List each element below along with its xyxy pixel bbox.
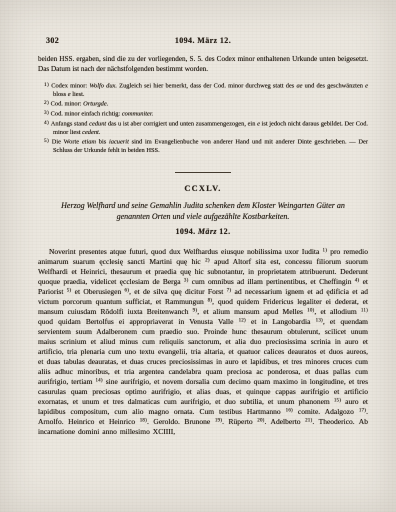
- text-segment: , et de silva quę dicitur Forst: [129, 287, 227, 296]
- footnote-ref: 12): [239, 319, 246, 324]
- text-segment: , et alium mansum apud Melles: [197, 307, 307, 316]
- scanned-book-page: 302 1094. März 12. beiden HSS. ergaben, …: [0, 0, 396, 512]
- footnote-number: 5): [44, 138, 52, 144]
- text-segment: . Rüperto: [222, 417, 257, 426]
- text-segment: Zugleich sei hier bemerkt, dass der Cod.…: [117, 83, 296, 90]
- charter-title: Herzog Welfhard und seine Gemahlin Judit…: [38, 200, 368, 222]
- footnote-ref: 18): [140, 419, 147, 424]
- text-segment: . Geroldo. Brunone: [147, 417, 215, 426]
- text-segment: das u ist aber corrigiert und unten zusa…: [106, 120, 257, 127]
- text-segment: Orturgde.: [83, 101, 108, 108]
- text-segment: quod quidam Bertolfus ei appropriaverat …: [38, 317, 239, 326]
- footnote-ref: 16): [286, 409, 293, 414]
- text-segment: et in Langobardia: [246, 317, 316, 326]
- text-segment: liest.: [71, 91, 85, 98]
- footnote: 5) Die Worte etiam bis iacuerit sind im …: [44, 137, 368, 155]
- running-title: 1094. März 12.: [38, 36, 368, 45]
- text-segment: et Oberusiegen: [71, 287, 124, 296]
- footnote-number: 4): [44, 120, 51, 126]
- text-segment: und des geschwänzten: [303, 83, 366, 90]
- text-segment: bloss: [53, 91, 68, 98]
- text-column: 302 1094. März 12. beiden HSS. ergaben, …: [38, 0, 368, 437]
- footnote-ref: 14): [95, 379, 102, 384]
- text-segment: cum omnibus ad illam pertinentibus, et C…: [188, 277, 354, 286]
- running-head: 302 1094. März 12.: [38, 36, 368, 46]
- text-segment: Cod. minor einfach richtig:: [51, 111, 122, 118]
- footnote-number: 3): [44, 110, 51, 116]
- footnote: 4) Anfangs stand cedunt das u ist aber c…: [44, 119, 368, 137]
- text-segment: , et quendam servientem suum Adalberonem…: [38, 317, 368, 386]
- charter-number: CCXLV.: [38, 184, 368, 193]
- text-segment: e: [365, 83, 368, 90]
- text-segment: communiter.: [122, 111, 153, 118]
- charter-body-paragraph: Noverint presentes atque futuri, quod du…: [38, 247, 368, 437]
- text-segment: Die Worte: [52, 139, 82, 146]
- footnote: 3) Cod. minor einfach richtig: communite…: [44, 109, 368, 119]
- text-segment: 12.: [217, 227, 231, 236]
- text-segment: etiam: [82, 139, 96, 146]
- footnote-ref: 20): [257, 419, 264, 424]
- footnote: 2) Cod. minor: Orturgde.: [44, 99, 368, 109]
- text-segment: Wolfo dux.: [89, 83, 117, 90]
- footnote-ref: 19): [215, 419, 222, 424]
- text-segment: comite. Adalgozo: [293, 407, 359, 416]
- page-number: 302: [46, 36, 59, 45]
- footnote-ref: 13): [316, 319, 323, 324]
- footnote: 1) Codex minor: Wolfo dux. Zugleich sei …: [44, 81, 368, 99]
- text-segment: bis: [96, 139, 109, 146]
- section-divider: [175, 172, 231, 173]
- text-segment: Codex minor:: [51, 83, 89, 90]
- continuation-paragraph: beiden HSS. ergaben, sind die zu der vor…: [38, 55, 368, 74]
- text-segment: iacuerit: [109, 139, 129, 146]
- text-segment: März: [198, 227, 217, 236]
- footnote-ref: 11): [361, 309, 368, 314]
- text-segment: . Adelberto: [265, 417, 306, 426]
- text-segment: 1094.: [176, 227, 198, 236]
- text-segment: cedent.: [82, 129, 100, 136]
- text-segment: Cod. minor:: [51, 101, 84, 108]
- charter-date: 1094. März 12.: [38, 227, 368, 236]
- text-segment: , et allodium: [314, 307, 361, 316]
- footnotes-block: 1) Codex minor: Wolfo dux. Zugleich sei …: [44, 81, 368, 155]
- text-segment: Anfangs stand: [51, 120, 89, 127]
- text-segment: cedunt: [89, 120, 106, 127]
- text-segment: Noverint presentes atque futuri, quod du…: [49, 247, 323, 256]
- footnote-number: 2): [44, 100, 51, 106]
